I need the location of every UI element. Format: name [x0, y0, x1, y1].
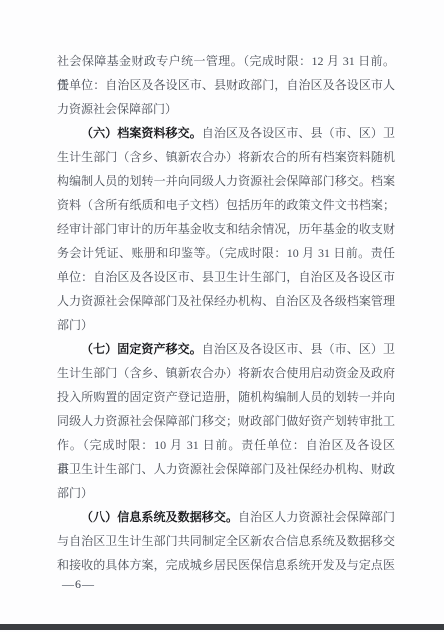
text-line: 县卫生计生部门、人力资源社会保障部门及社保经办机构、财政 [57, 457, 395, 481]
document-page: 社会保障基金财政专户统一管理。（完成时限：12 月 31 日前。责 任单位：自治… [0, 0, 444, 632]
line-text: 经审计部门审计的历年基金收支和结余情况，历年基金的收支财 [57, 222, 395, 236]
line-text: 生计生部门（含乡、镇新农合办）将新农合使用启动资金及政府 [57, 366, 395, 380]
line-text: 自治区人力资源社会保障部门 [238, 510, 395, 524]
text-line: （七）固定资产移交。自治区及各设区市、县（市、区）卫 [57, 337, 395, 361]
text-line: 生计生部门（含乡、镇新农合办）将新农合使用启动资金及政府 [57, 361, 395, 385]
text-line: 和接收的具体方案，完成城乡居民医保信息系统开发及与定点医 [57, 553, 395, 577]
text-line: 任单位：自治区及各设区市、县财政部门，自治区及各设区市人 [57, 73, 395, 97]
line-text: 自治区及各设区市、县（市、区）卫 [202, 126, 395, 140]
line-text: 自治区及各设区市、县（市、区）卫 [202, 342, 395, 356]
line-text: 任单位：自治区及各设区市、县财政部门，自治区及各设区市人 [57, 78, 395, 92]
text-line: 力资源社会保障部门） [57, 97, 395, 121]
text-line: 生计生部门（含乡、镇新农合办）将新农合的所有档案资料随机 [57, 145, 395, 169]
line-text: 构编制人员的划转一并向同级人力资源社会保障部门移交。档案 [57, 174, 395, 188]
text-line: 社会保障基金财政专户统一管理。（完成时限：12 月 31 日前。责 [57, 49, 395, 73]
text-line: 务会计凭证、账册和印鉴等。（完成时限：10 月 31 日前。责任 [57, 241, 395, 265]
section-heading-6: （六）档案资料移交。 [81, 126, 202, 140]
line-text: 务会计凭证、账册和印鉴等。（完成时限：10 月 31 日前。责任 [57, 246, 395, 260]
text-line: （六）档案资料移交。自治区及各设区市、县（市、区）卫 [57, 121, 395, 145]
line-text: 县卫生计生部门、人力资源社会保障部门及社保经办机构、财政 [57, 462, 395, 476]
line-text: 生计生部门（含乡、镇新农合办）将新农合的所有档案资料随机 [57, 150, 395, 164]
line-text: 同级人力资源社会保障部门移交；财政部门做好资产划转审批工 [57, 414, 395, 428]
text-line: 资料（含所有纸质和电子文档）包括历年的政策文件文书档案； [57, 193, 395, 217]
section-heading-7: （七）固定资产移交。 [81, 342, 202, 356]
line-text: 人力资源社会保障部门及社保经办机构、自治区及各级档案管理 [57, 294, 395, 308]
section-heading-8: （八）信息系统及数据移交。 [81, 510, 238, 524]
text-line: 投入所购置的固定资产登记造册，随机构编制人员的划转一并向 [57, 385, 395, 409]
document-text-block: 社会保障基金财政专户统一管理。（完成时限：12 月 31 日前。责 任单位：自治… [57, 49, 395, 577]
line-text: 资料（含所有纸质和电子文档）包括历年的政策文件文书档案； [57, 198, 395, 212]
line-text: 投入所购置的固定资产登记造册，随机构编制人员的划转一并向 [57, 390, 395, 404]
text-line: 单位：自治区及各设区市、县卫生计生部门，自治区及各设区市 [57, 265, 395, 289]
text-line: 人力资源社会保障部门及社保经办机构、自治区及各级档案管理 [57, 289, 395, 313]
text-line: 作。（完成时限：10 月 31 日前。责任单位：自治区及各设区市、 [57, 433, 395, 457]
text-line: 同级人力资源社会保障部门移交；财政部门做好资产划转审批工 [57, 409, 395, 433]
text-line: 与自治区卫生计生部门共同制定全区新农合信息系统及数据移交 [57, 529, 395, 553]
line-text: 力资源社会保障部门） [57, 102, 177, 116]
scan-edge-bottom [0, 624, 444, 630]
text-line: 经审计部门审计的历年基金收支和结余情况，历年基金的收支财 [57, 217, 395, 241]
line-text: 和接收的具体方案，完成城乡居民医保信息系统开发及与定点医 [57, 558, 395, 572]
line-text: 单位：自治区及各设区市、县卫生计生部门，自治区及各设区市 [57, 270, 395, 284]
line-text: 与自治区卫生计生部门共同制定全区新农合信息系统及数据移交 [57, 534, 395, 548]
page-number: —6— [62, 574, 95, 594]
text-line: 部门） [57, 481, 395, 505]
text-line: 部门） [57, 313, 395, 337]
line-text: 部门） [57, 318, 93, 332]
text-line: （八）信息系统及数据移交。自治区人力资源社会保障部门 [57, 505, 395, 529]
text-line: 构编制人员的划转一并向同级人力资源社会保障部门移交。档案 [57, 169, 395, 193]
line-text: 部门） [57, 486, 93, 500]
